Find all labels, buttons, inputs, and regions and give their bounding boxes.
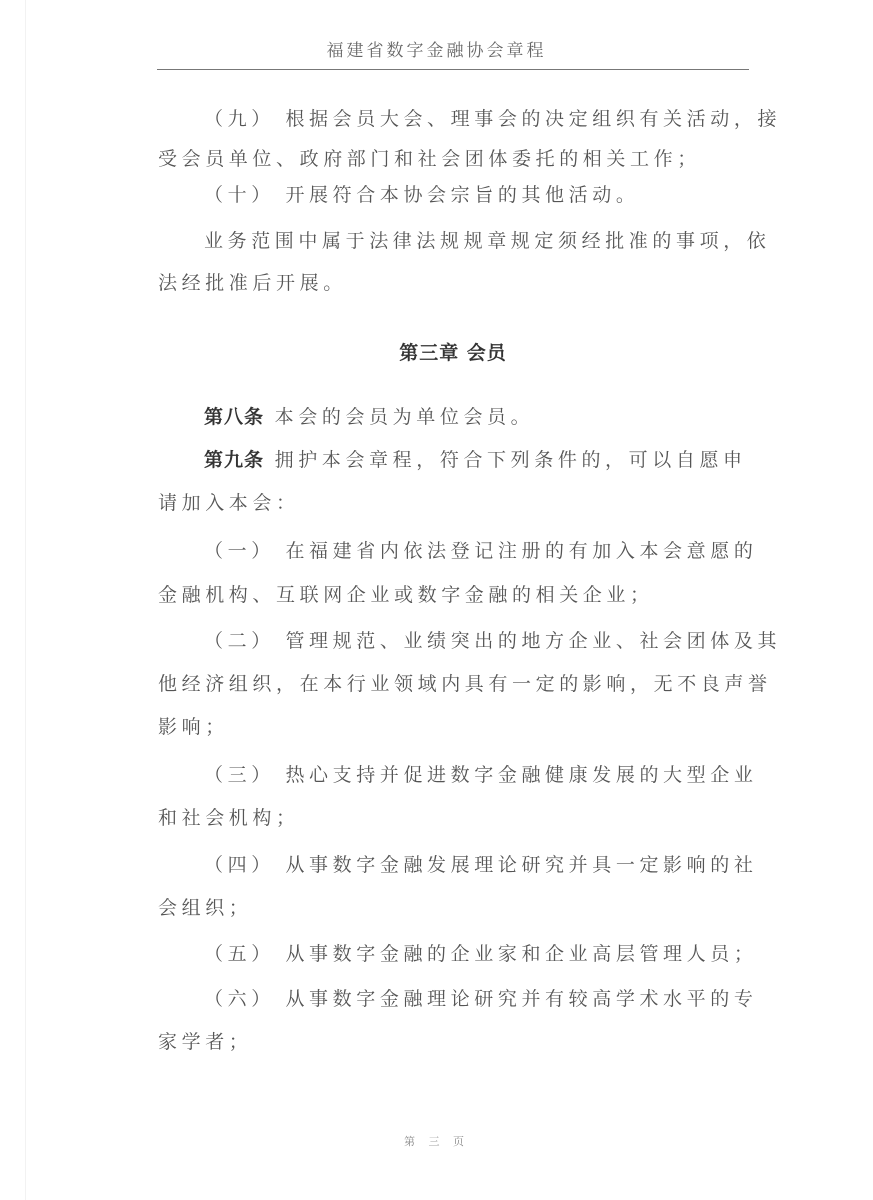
condition-2-line-2: 他经济组织，在本行业领域内具有一定的影响，无不良声誉: [158, 671, 748, 697]
condition-3-line-2: 和社会机构；: [158, 805, 748, 831]
chapter-heading: 第三章 会员: [158, 338, 748, 365]
condition-6-line-2: 家学者；: [158, 1029, 748, 1055]
condition-4-line-1: （四） 从事数字金融发展理论研究并具一定影响的社: [158, 852, 794, 878]
scope-line-2: 法经批准后开展。: [158, 270, 748, 296]
item-10-line-1: （十） 开展符合本协会宗旨的其他活动。: [158, 182, 794, 208]
item-9-line-1: （九） 根据会员大会、理事会的决定组织有关活动，接: [158, 106, 794, 132]
condition-1-line-1: （一） 在福建省内依法登记注册的有加入本会意愿的: [158, 538, 794, 564]
article-8: 第八条 本会的会员为单位会员。: [158, 404, 794, 430]
condition-6-line-1: （六） 从事数字金融理论研究并有较高学术水平的专: [158, 986, 794, 1012]
article-9-continuation: 请加入本会：: [158, 490, 748, 516]
condition-2-line-1: （二） 管理规范、业绩突出的地方企业、社会团体及其: [158, 628, 794, 654]
article-8-text: 本会的会员为单位会员。: [264, 406, 534, 428]
document-header-title: 福建省数字金融协会章程: [0, 36, 873, 61]
header-rule: [157, 69, 749, 70]
condition-5-line-1: （五） 从事数字金融的企业家和企业高层管理人员；: [158, 941, 794, 967]
condition-2-line-3: 影响；: [158, 714, 748, 740]
scope-line-1: 业务范围中属于法律法规规章规定须经批准的事项，依: [158, 228, 794, 254]
condition-3-line-1: （三） 热心支持并促进数字金融健康发展的大型企业: [158, 762, 794, 788]
article-9: 第九条 拥护本会章程，符合下列条件的，可以自愿申: [158, 447, 794, 473]
condition-1-line-2: 金融机构、互联网企业或数字金融的相关企业；: [158, 582, 748, 608]
page-number: 第 三 页: [0, 1133, 873, 1149]
article-9-label: 第九条: [204, 449, 264, 471]
item-9-line-2: 受会员单位、政府部门和社会团体委托的相关工作；: [158, 146, 748, 172]
scan-edge-shadow: [25, 0, 26, 1200]
article-8-label: 第八条: [204, 406, 264, 428]
condition-4-line-2: 会组织；: [158, 895, 748, 921]
article-9-text: 拥护本会章程，符合下列条件的，可以自愿申: [264, 449, 747, 471]
